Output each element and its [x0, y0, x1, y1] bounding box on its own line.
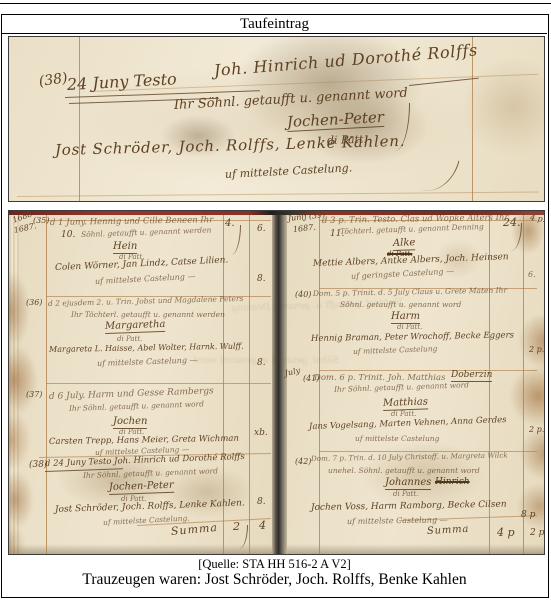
entry-number: (40) — [295, 291, 311, 299]
page-shadow — [287, 544, 544, 554]
page: Taufeintrag (38) 24 Juny Testo Joh. Hinr… — [0, 0, 551, 601]
detail-scan-image: (38) 24 Juny Testo Joh. Hinrich ud Dorot… — [8, 36, 545, 202]
entry-text: unehel. Söhnl. getaufft u. genannt word — [328, 467, 480, 475]
entry-patt: di Patt. — [391, 411, 416, 418]
fee-value: 2 p — [530, 529, 544, 538]
entry-name-struck: Hinrich — [435, 478, 470, 487]
stain — [461, 57, 545, 157]
entry-number: (37) — [26, 391, 42, 399]
pen-flourish — [420, 153, 459, 197]
entry-closing: uf mittelste Castelung. — [225, 162, 353, 180]
entry-closing: uf mittelste Castelung — [355, 435, 439, 443]
entry-child-name: Jochen-Peter — [287, 110, 385, 132]
entry-number: (35) — [33, 217, 49, 225]
entry-patt: di Patt. — [397, 324, 422, 331]
entry-child-name: Johannes — [385, 478, 431, 490]
entry-date: 24 Juny Testo — [67, 71, 177, 93]
summa-value: 4 — [259, 520, 266, 531]
summa-value: 4 p — [497, 527, 515, 538]
fee-value: 8. — [257, 498, 266, 507]
entry-patt: di Patt. — [117, 336, 142, 343]
entry-number: (38) — [38, 71, 68, 89]
entry-parents: Joh. Hinrich ud Dorothé Rolffs — [213, 42, 478, 79]
entry-patt: di Patt. — [393, 491, 418, 498]
ruled-line — [79, 37, 80, 201]
entry-number: (36) — [26, 299, 42, 307]
ruled-line — [472, 37, 473, 201]
page-title: Taufeintrag — [2, 15, 547, 34]
fee-value: 2 p. — [529, 346, 544, 354]
source-caption: [Quelle: STA HH 516-2 A V2] — [2, 557, 547, 572]
entry-child-name: Matthias — [383, 397, 428, 411]
fee-value: 6. — [257, 225, 266, 234]
fee-value: xb. — [254, 429, 268, 438]
ruled-line — [17, 191, 539, 197]
page-stack-edge — [9, 215, 19, 554]
entry-number: (42) — [295, 458, 311, 466]
top-divider — [0, 3, 551, 4]
entry-witnesses: Jost Schröder, Joch. Rolffs, Lenke Kahle… — [55, 134, 406, 158]
entry-text: Ihr Töchterl. getaufft u. genannt werden — [71, 311, 225, 319]
book-gutter — [272, 211, 287, 554]
fee-value: 2 p. — [529, 426, 544, 434]
ruled-line — [523, 215, 524, 554]
register-scan-image: 1688 1687. (35) d 1 Juny. Hennig und Cil… — [8, 210, 545, 555]
entry-text: 10. — [61, 231, 75, 240]
page-shadow — [9, 544, 272, 554]
ruled-line — [46, 215, 47, 554]
witnesses-caption: Trauzeugen waren: Jost Schröder, Joch. R… — [2, 571, 547, 589]
fee-value: 6. — [528, 271, 536, 279]
entry-child-name: Jochen-Peter — [109, 481, 174, 495]
bleed-through-text: Söhnl. getaufft u. genannt word — [193, 357, 339, 366]
entry-child-name: Margaretha — [105, 320, 166, 334]
ruled-line — [249, 215, 250, 554]
ruled-line — [319, 370, 537, 371]
fee-value: 8 p — [521, 511, 535, 520]
ruled-line — [46, 383, 271, 384]
fee-value: 8. — [257, 275, 266, 284]
